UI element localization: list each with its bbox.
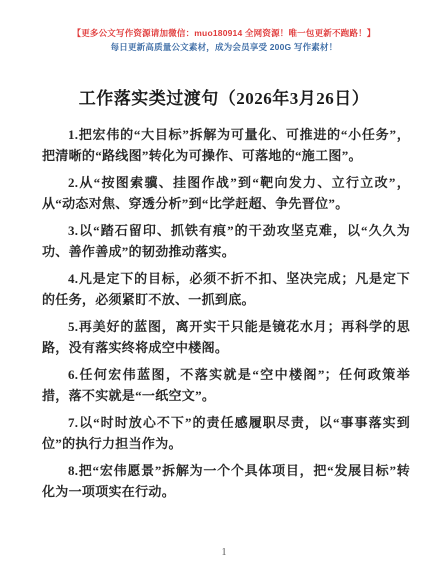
document-page: 【更多公文写作资源请加微信：muo180914 全网资源！唯一包更新不跑路！】 …: [0, 0, 448, 580]
paragraph-6: 6.任何宏伟蓝图，不落实就是“空中楼阁”；任何政策举措，落不实就是“一纸空文”。: [42, 365, 410, 406]
page-number: 1: [0, 547, 448, 558]
watermark-header: 【更多公文写作资源请加微信：muo180914 全网资源！唯一包更新不跑路！】 …: [0, 0, 448, 54]
paragraph-7: 7.以“时时放心不下”的责任感履职尽责，以“事事落实到位”的执行力担当作为。: [42, 413, 410, 454]
watermark-line-blue: 每日更新高质量公文素材，成为会员享受 200G 写作素材！: [0, 40, 448, 54]
document-body: 1.把宏伟的“大目标”拆解为可量化、可推进的“小任务”，把清晰的“路线图”转化为…: [0, 119, 448, 502]
paragraph-5: 5.再美好的蓝图，离开实干只能是镜花水月；再科学的思路，没有落实终将成空中楼阁。: [42, 317, 410, 358]
paragraph-8: 8.把“宏伟愿景”拆解为一个个具体项目，把“发展目标”转化为一项项实在行动。: [42, 461, 410, 502]
paragraph-2: 2.从“按图索骥、挂图作战”到“靶向发力、立行立改”，从“动态对焦、穿透分析”到…: [42, 173, 410, 214]
paragraph-3: 3.以“踏石留印、抓铁有痕”的干劲攻坚克难，以“久久为功、善作善成”的韧劲推动落…: [42, 221, 410, 262]
paragraph-4: 4.凡是定下的目标，必须不折不扣、坚决完成；凡是定下的任务，必须紧盯不放、一抓到…: [42, 269, 410, 310]
page-title: 工作落实类过渡句（2026年3月26日）: [20, 84, 428, 109]
paragraph-1: 1.把宏伟的“大目标”拆解为可量化、可推进的“小任务”，把清晰的“路线图”转化为…: [42, 125, 410, 166]
watermark-line-red: 【更多公文写作资源请加微信：muo180914 全网资源！唯一包更新不跑路！】: [0, 26, 448, 40]
